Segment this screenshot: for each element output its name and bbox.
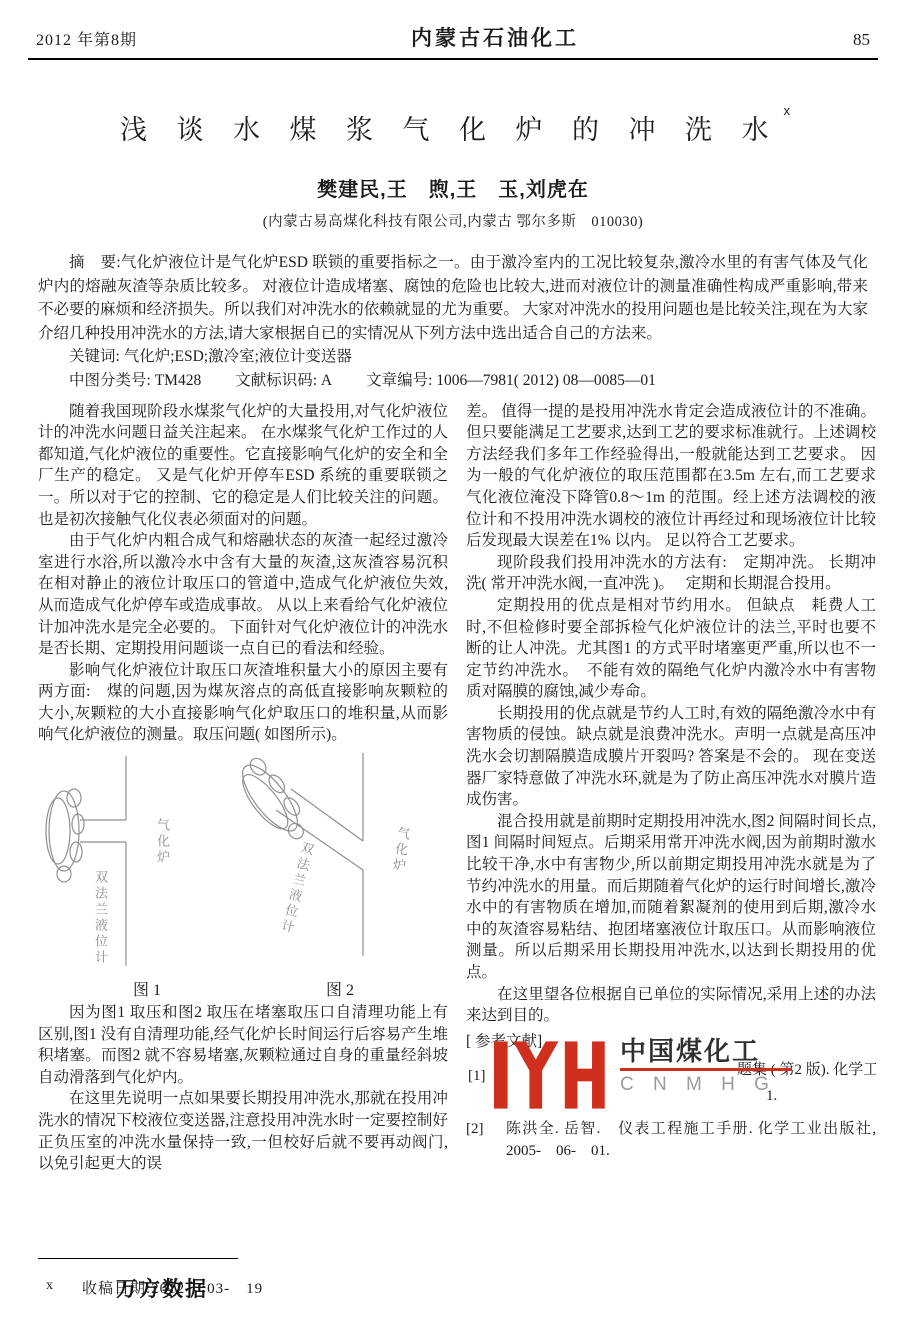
abstract-label: 摘 要: [69,254,121,271]
title-block: 浅 谈 水 煤 浆 气 化 炉 的 冲 洗 水x [0,108,906,147]
abstract-paragraph: 摘 要:气化炉液位计是气化炉ESD 联锁的重要指标之一。由于激冷室内的工况比较复… [38,251,868,345]
fig1-caption: 图 1 [133,977,161,1000]
keywords-text: 气化炉;ESD;激冷室;液位计变送器 [124,348,352,365]
affiliation-line: (内蒙古易高煤化科技有限公司,内蒙古 鄂尔多斯 010030) [0,210,906,231]
footnote-line: x 收稿日期:2012- 03- 19 万方数据 [38,1275,458,1301]
footnote-rule [38,1258,238,1259]
fig1-wall-label: 气化炉 [152,818,171,866]
keywords-label: 关键词: [69,348,120,365]
reference-index: [2] [466,1118,506,1162]
body-paragraph: 定期投用的优点是相对节约用水。 但缺点 耗费人工时,不但检修时要全部拆检气化炉液… [466,595,876,703]
reference-text: 陈洪全. 岳智. 仪表工程施工手册. 化学工业出版社, 2005- 06- 01… [506,1118,876,1162]
scanned-paper-page: 2012 年第8期 内蒙古石油化工 85 浅 谈 水 煤 浆 气 化 炉 的 冲… [0,0,906,1334]
clc-label: 中图分类号: [69,372,151,389]
coal-chem-watermark: 中国煤化工 C N M H G [494,1036,792,1114]
journal-header: 2012 年第8期 内蒙古石油化工 85 [28,0,878,60]
right-column: 差。 值得一提的是投用冲洗水肯定会造成液位计的不准确。但只要能满足工艺要求,达到… [466,401,876,1175]
issue-label: 2012 年第8期 [36,27,137,50]
wanfang-watermark: 万方数据 [116,1273,208,1303]
body-paragraph: 影响气化炉液位计取压口灰渣堆积量大小的原因主要有两方面: 煤的问题,因为煤灰溶点… [38,660,448,746]
article-title-text: 浅 谈 水 煤 浆 气 化 炉 的 冲 洗 水 [120,115,780,145]
reference-item-2: [2] 陈洪全. 岳智. 仪表工程施工手册. 化学工业出版社, 2005- 06… [466,1118,876,1162]
reference-item-1: [1] 题集 ( 第2 版). 化学工 1. [466,1052,876,1118]
left-column: 随着我国现阶段水煤浆气化炉的大量投用,对气化炉液位计的冲洗水问题日益关注起来。 … [38,401,448,1175]
article-title: 浅 谈 水 煤 浆 气 化 炉 的 冲 洗 水x [120,108,786,147]
coal-chem-cn-label: 中国煤化工 [620,1036,792,1066]
references-section: [ 参考文献] [1] 题集 ( 第2 版). 化学工 1. [466,1031,876,1163]
body-paragraph: 随着我国现阶段水煤浆气化炉的大量投用,对气化炉液位计的冲洗水问题日益关注起来。 … [38,401,448,531]
body-paragraph: 在这里先说明一点如果要长期投用冲洗水,那就在投用冲洗水的情况下校液位变送器,注意… [38,1088,448,1174]
fig2-caption: 图 2 [326,977,354,1000]
journal-title: 内蒙古石油化工 [411,22,579,52]
body-paragraph: 长期投用的优点就是节约人工时,有效的隔绝激冷水中有害物质的侵蚀。缺点就是浪费冲洗… [466,703,876,811]
body-columns: 随着我国现阶段水煤浆气化炉的大量投用,对气化炉液位计的冲洗水问题日益关注起来。 … [38,401,876,1175]
body-paragraph: 混合投用就是前期时定期投用冲洗水,图2 间隔时间长点,图1 间隔时间短点。后期采… [466,811,876,984]
flange-icon [231,753,317,848]
page-number: 85 [853,30,870,50]
body-paragraph: 差。 值得一提的是投用冲洗水肯定会造成液位计的不准确。但只要能满足工艺要求,达到… [466,401,876,552]
article-id-value: 1006—7981( 2012) 08—0085—01 [436,372,656,389]
figure-block: 气化炉 双法兰液位计 气化炉 双法兰液位计 图 1 图 2 [38,748,448,1000]
coal-chem-underline [620,1068,792,1071]
doc-code-value: A [321,372,332,389]
clc-value: TM428 [155,372,202,389]
footnote-block: x 收稿日期:2012- 03- 19 万方数据 [38,1258,458,1301]
article-meta: 摘 要:气化炉液位计是气化炉ESD 联锁的重要指标之一。由于激冷室内的工况比较复… [38,251,868,393]
title-footnote-marker: x [784,103,791,118]
coal-chem-logo-text: 中国煤化工 C N M H G [620,1036,792,1096]
article-id-label: 文章编号: [366,372,432,389]
body-paragraph: 由于气化炉内粗合成气和熔融状态的灰渣一起经过激冷室进行水浴,所以激冷水中含有大量… [38,530,448,660]
coal-chem-logo-icon [494,1036,612,1114]
fig1-gauge-label: 双法兰液位计 [90,870,109,966]
authors-line: 樊建民,王 煦,王 玉,刘虎在 [0,173,906,202]
keywords-line: 关键词: 气化炉;ESD;激冷室;液位计变送器 [38,345,868,369]
reference-index: [1] [468,1068,486,1085]
coal-chem-en-label: C N M H G [620,1074,792,1096]
doc-code-label: 文献标识码: [235,372,317,389]
classification-line: 中图分类号: TM428文献标识码: A文章编号: 1006—7981( 201… [38,369,868,393]
body-paragraph: 现阶段我们投用冲洗水的方法有: 定期冲洗。 长期冲洗( 常开冲洗水阀,一直冲洗 … [466,552,876,595]
footnote-marker: x [46,1278,53,1294]
flange-icon [46,789,84,882]
abstract-text: 气化炉液位计是气化炉ESD 联锁的重要指标之一。由于激冷室内的工况比较复杂,激冷… [38,254,868,342]
body-paragraph: 在这里望各位根据自已单位的实际情况,采用上述的办法来达到目的。 [466,984,876,1027]
body-paragraph: 因为图1 取压和图2 取压在堵塞取压口自清理功能上有区别,图1 没有自清理功能,… [38,1002,448,1088]
